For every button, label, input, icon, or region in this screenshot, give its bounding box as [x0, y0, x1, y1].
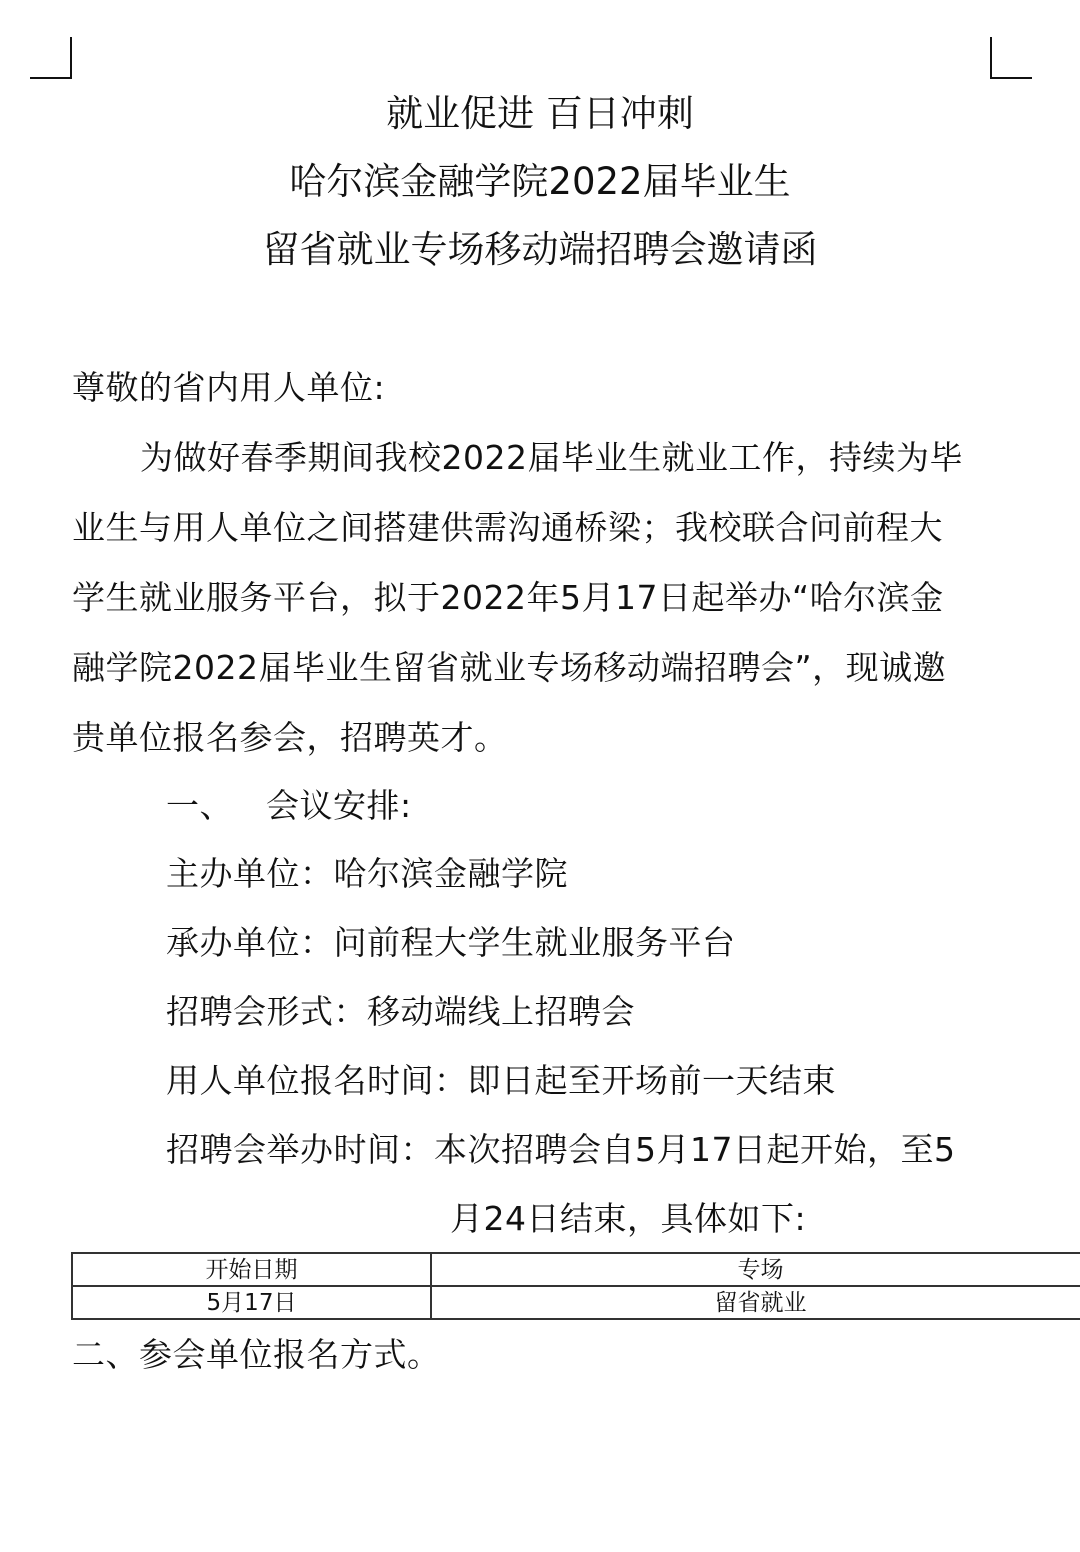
table-cell-session: 留省就业	[431, 1286, 1080, 1319]
table-cell-start-date: 5月17日	[72, 1286, 431, 1319]
schedule-table: 开始日期 专场 5月17日 留省就业	[71, 1252, 1080, 1320]
section-1-item-format: 招聘会形式：移动端线上招聘会	[166, 990, 635, 1034]
table-header-row: 开始日期 专场	[72, 1253, 1080, 1286]
crop-mark-top-left	[30, 37, 72, 79]
title-line-3: 留省就业专场移动端招聘会邀请函	[0, 228, 1080, 272]
intro-paragraph-line: 为做好春季期间我校2022届毕业生就业工作，持续为毕	[140, 436, 963, 480]
section-1-heading: 一、 会议安排:	[166, 784, 412, 828]
section-1-item-event-time-continued: 月24日结束，具体如下:	[450, 1197, 806, 1241]
section-2-heading: 二、参会单位报名方式。	[72, 1333, 441, 1377]
table-header-session: 专场	[431, 1253, 1080, 1286]
table-header-start-date: 开始日期	[72, 1253, 431, 1286]
title-line-2: 哈尔滨金融学院2022届毕业生	[0, 160, 1080, 204]
section-1-item-event-time: 招聘会举办时间：本次招聘会自5月17日起开始，至5	[166, 1128, 955, 1172]
section-1-item-registration-time: 用人单位报名时间：即日起至开场前一天结束	[166, 1059, 836, 1103]
intro-paragraph-line: 学生就业服务平台，拟于2022年5月17日起举办“哈尔滨金	[72, 576, 944, 620]
title-line-1: 就业促进 百日冲刺	[0, 92, 1080, 136]
salutation: 尊敬的省内用人单位:	[72, 366, 385, 410]
crop-mark-top-right	[990, 37, 1032, 79]
intro-paragraph-line: 业生与用人单位之间搭建供需沟通桥梁；我校联合问前程大	[72, 506, 943, 550]
section-1-item-co-organizer: 承办单位：问前程大学生就业服务平台	[166, 921, 736, 965]
section-1-item-organizer: 主办单位：哈尔滨金融学院	[166, 852, 568, 896]
intro-paragraph-line: 融学院2022届毕业生留省就业专场移动端招聘会”，现诚邀	[72, 646, 946, 690]
table-row: 5月17日 留省就业	[72, 1286, 1080, 1319]
intro-paragraph-line: 贵单位报名参会，招聘英才。	[72, 716, 508, 760]
